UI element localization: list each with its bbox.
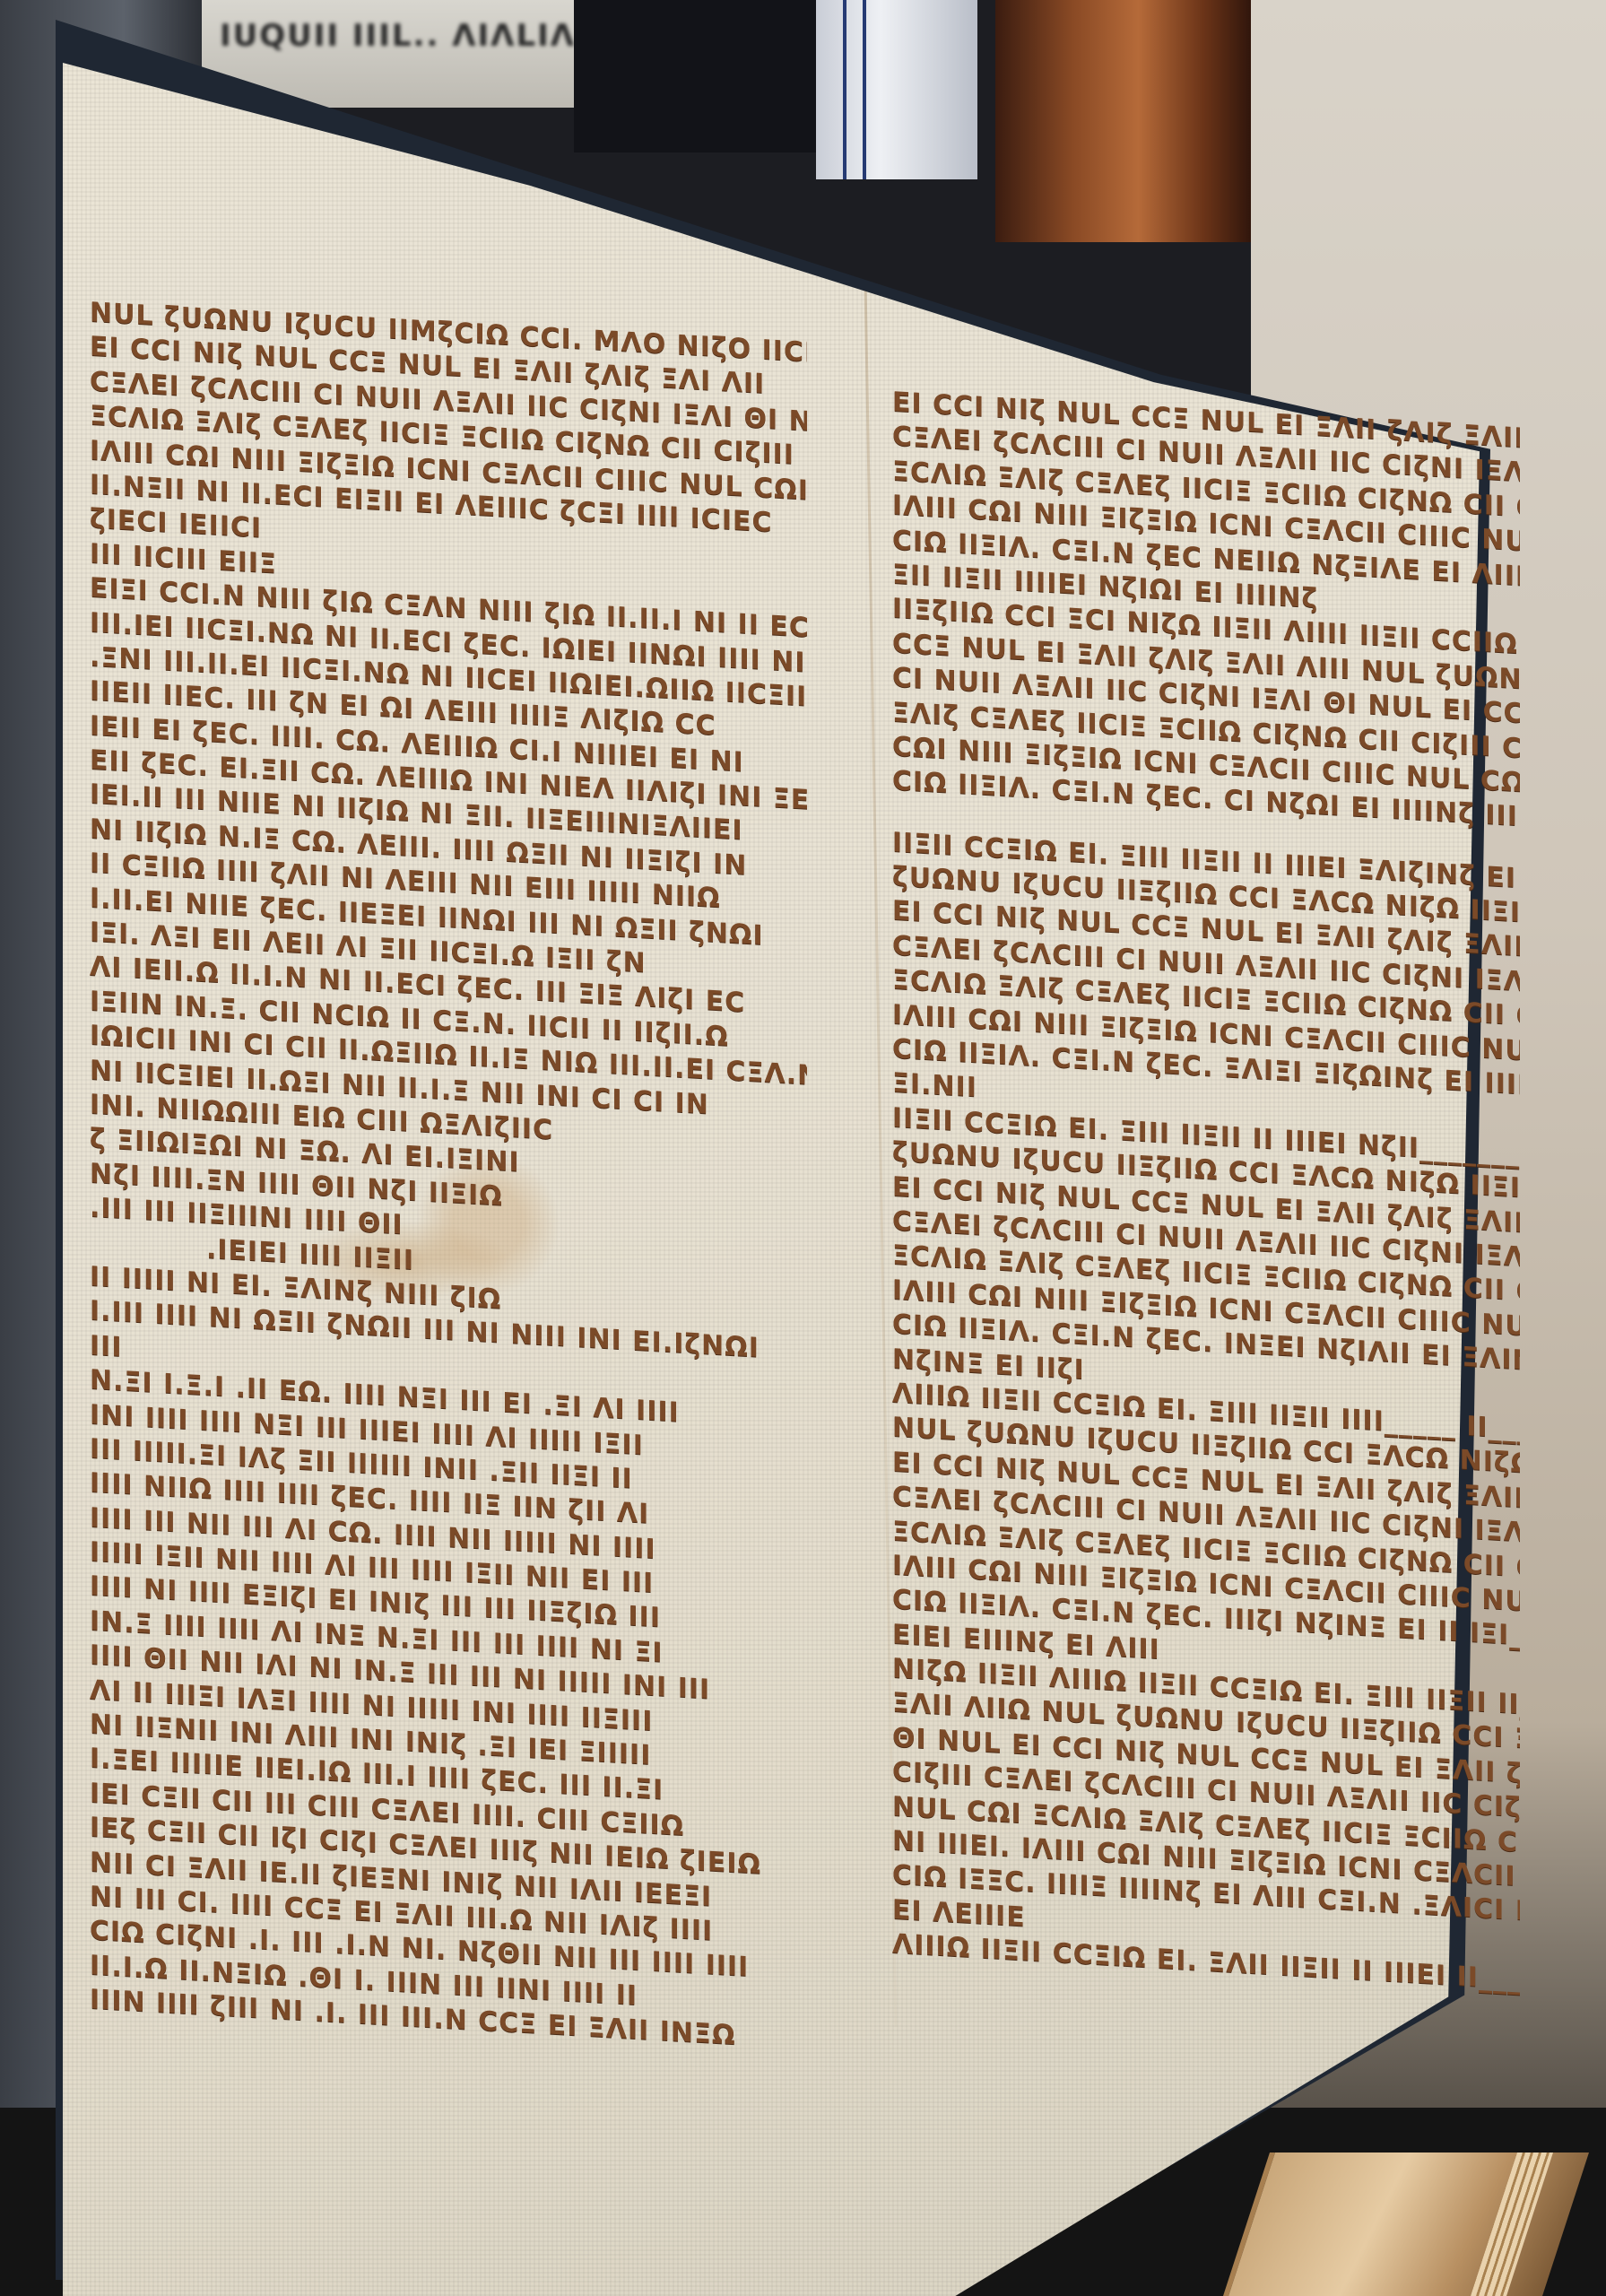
- background-white-book: [816, 0, 977, 179]
- background-wooden-frame: [995, 0, 1255, 242]
- split-left-segment: ζ ΞΙΙΩ: [90, 1123, 180, 1160]
- split-left-segment: ΝζΙ ΙΙΙΙ: [90, 1158, 195, 1196]
- wooden-easel-stand: [1223, 2152, 1589, 2296]
- left-text-column: ΝUL ζUΩΝU ΙζUCU ΙΙΜζCΙΩ CCΙ. ΜΛΟ ΝΙζΟ ΙΙ…: [90, 296, 807, 2057]
- plywood-edge: [1471, 2152, 1553, 2296]
- background-dark-object: [574, 0, 843, 152]
- stripe: [863, 0, 866, 179]
- stripe: [843, 0, 846, 179]
- split-right-segment: ΝΙ ΙΙΙΙ ΘΙΙ: [259, 1202, 404, 1241]
- right-text-column: ΕΙ CCΙ ΝΙζ ΝUL CCΞ ΝUL ΕΙ ΞΛΙΙ ζΛΙζ ΞΛΙΙ…: [892, 386, 1520, 1998]
